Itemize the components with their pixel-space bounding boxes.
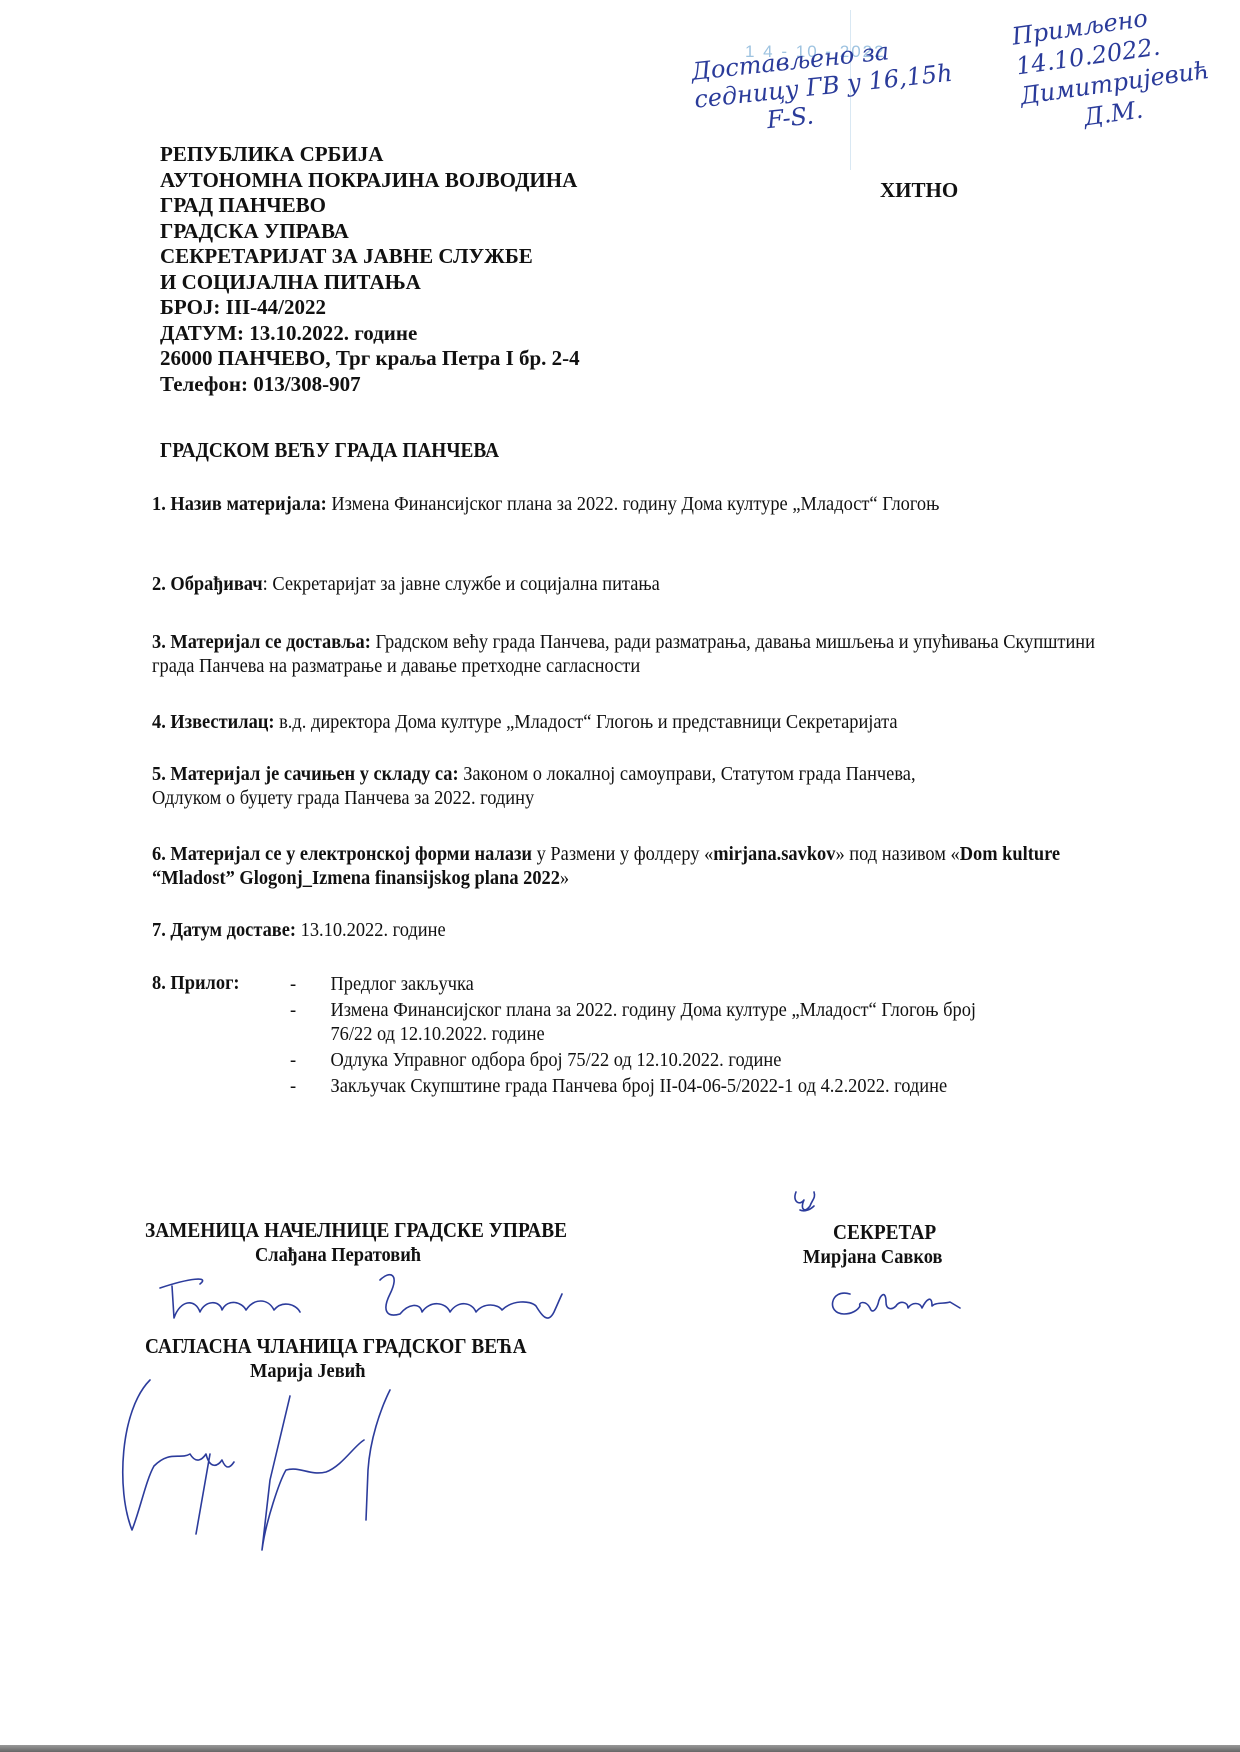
phone: Телефон: 013/308-907	[160, 372, 580, 398]
secretary-initials	[790, 1188, 820, 1218]
item-delivery-date: 7. Датум доставе: 13.10.2022. године	[152, 918, 1017, 942]
item-processor: 2. Обрађивач: Секретаријат за јавне служ…	[152, 572, 1017, 596]
item-legal-basis: 5. Материјал је сачињен у складу са: Зак…	[152, 762, 980, 810]
letterhead-administration: ГРАДСКА УПРАВА	[160, 219, 580, 245]
secretary-signature	[820, 1280, 1020, 1330]
attachments-label: 8. Прилог:	[152, 972, 240, 995]
council-member-signature	[110, 1370, 450, 1570]
council-member-title: САГЛАСНА ЧЛАНИЦА ГРАДСКОГ ВЕЋА	[145, 1334, 527, 1359]
attachment-item: -Предлог закључка	[290, 972, 1008, 996]
item-material-name: 1. Назив материјала: Измена Финансијског…	[152, 492, 1017, 516]
document-date: ДАТУМ: 13.10.2022. године	[160, 321, 580, 347]
item-delivered-to: 3. Материјал се доставља: Градском већу …	[152, 630, 1100, 678]
address: 26000 ПАНЧЕВО, Трг краља Петра I бр. 2-4	[160, 346, 580, 372]
attachments-list: -Предлог закључка -Измена Финансијског п…	[290, 972, 1008, 1100]
letterhead: РЕПУБЛИКА СРБИЈА АУТОНОМНА ПОКРАЈИНА ВОЈ…	[160, 142, 580, 397]
urgent-label: ХИТНО	[880, 178, 958, 203]
attachment-item: -Закључак Скупштине града Панчева број I…	[290, 1074, 1008, 1098]
addressee: ГРАДСКОМ ВЕЋУ ГРАДА ПАНЧЕВА	[160, 438, 499, 463]
document-number: БРОЈ: III-44/2022	[160, 295, 580, 321]
attachment-item: -Одлука Управног одбора број 75/22 од 12…	[290, 1048, 1008, 1072]
attachment-item: -Измена Финансијског плана за 2022. годи…	[290, 998, 1008, 1046]
letterhead-city: ГРАД ПАНЧЕВО	[160, 193, 580, 219]
deputy-title: ЗАМЕНИЦА НАЧЕЛНИЦЕ ГРАДСКЕ УПРАВЕ	[145, 1218, 567, 1243]
folder-name: mirjana.savkov	[713, 843, 835, 865]
scan-edge	[0, 1745, 1240, 1752]
secretary-title: СЕКРЕТАР	[833, 1220, 936, 1245]
secretary-name: Мирјана Савков	[803, 1246, 942, 1269]
letterhead-secretariat-2: И СОЦИЈАЛНА ПИТАЊА	[160, 270, 580, 296]
letterhead-secretariat: СЕКРЕТАРИЈАТ ЗА ЈАВНЕ СЛУЖБЕ	[160, 244, 580, 270]
handwritten-note-right: Примљено 14.10.2022. Димитријевић Д.М.	[1010, 0, 1215, 141]
deputy-signature	[150, 1270, 590, 1330]
item-electronic-location: 6. Материјал се у електронској форми нал…	[152, 842, 1100, 890]
letterhead-province: АУТОНОМНА ПОКРАЈИНА ВОЈВОДИНА	[160, 168, 580, 194]
item-reporter: 4. Известилац: в.д. директора Дома култу…	[152, 710, 1100, 734]
letterhead-country: РЕПУБЛИКА СРБИЈА	[160, 142, 580, 168]
deputy-name: Слађана Ператовић	[255, 1244, 421, 1267]
handwritten-note-left: Достављено за седницу ГВ у 16,15h F-S.	[690, 31, 957, 142]
